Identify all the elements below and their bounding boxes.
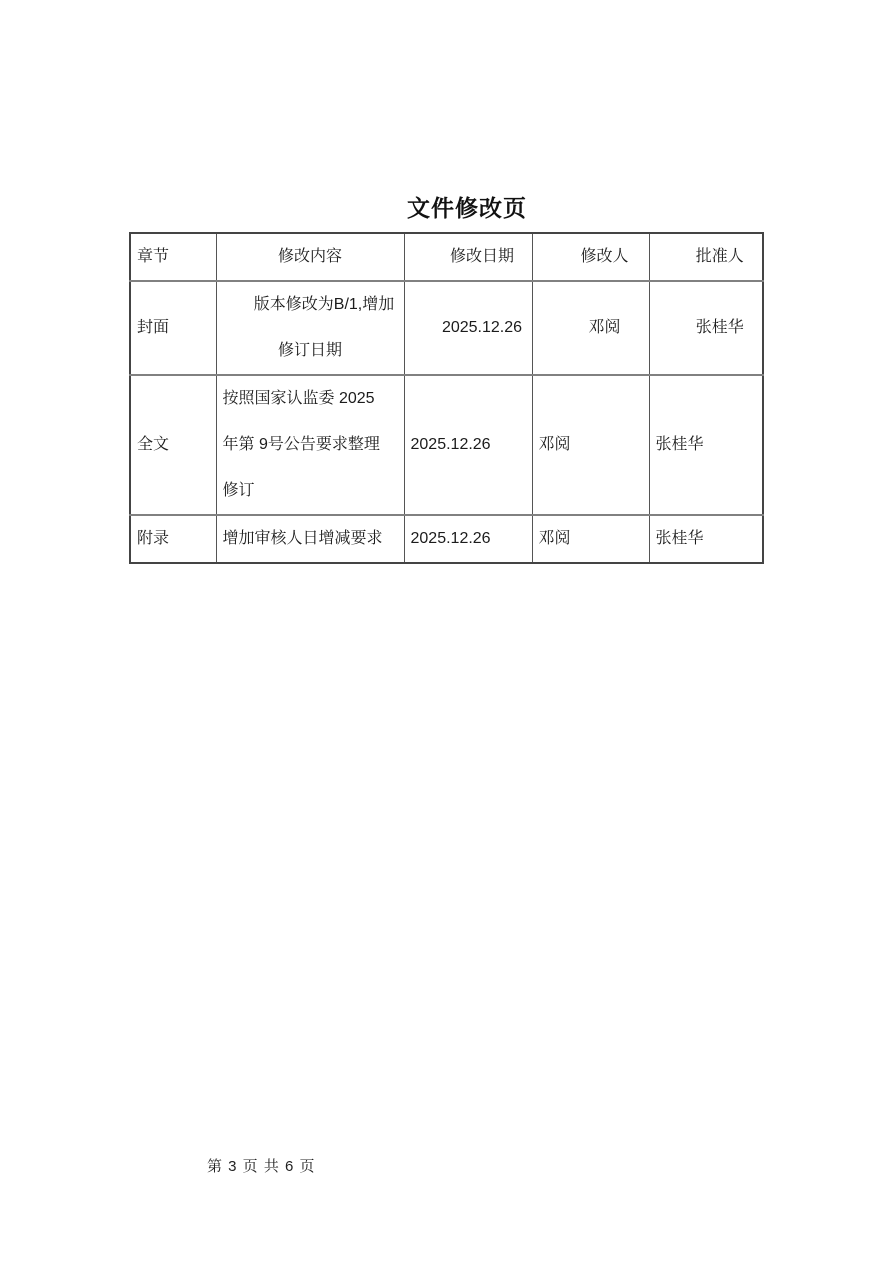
page-number-footer: 第 3 页 共 6 页	[207, 1155, 316, 1176]
cell-approver: 张桂华	[649, 515, 763, 563]
table-row: 全文 按照国家认监委 2025 年第 9号公告要求整理 修订 2025.12.2…	[130, 375, 763, 515]
cell-section: 封面	[130, 281, 216, 375]
cell-date: 2025.12.26	[404, 515, 532, 563]
revision-table-container: 章节 修改内容 修改日期 修改人 批准人 封面 版本修改为B/1,增加 修订日期…	[129, 232, 764, 564]
cell-content: 版本修改为B/1,增加 修订日期	[216, 281, 404, 375]
table-header-row: 章节 修改内容 修改日期 修改人 批准人	[130, 233, 763, 281]
revision-table: 章节 修改内容 修改日期 修改人 批准人 封面 版本修改为B/1,增加 修订日期…	[129, 232, 764, 564]
cell-content: 按照国家认监委 2025 年第 9号公告要求整理 修订	[216, 375, 404, 515]
cell-approver: 张桂华	[649, 281, 763, 375]
cell-reviser: 邓阅	[532, 375, 649, 515]
cell-reviser: 邓阅	[532, 281, 649, 375]
col-header-content: 修改内容	[216, 233, 404, 281]
cell-date: 2025.12.26	[404, 375, 532, 515]
cell-approver: 张桂华	[649, 375, 763, 515]
cell-section: 全文	[130, 375, 216, 515]
table-row: 封面 版本修改为B/1,增加 修订日期 2025.12.26 邓阅 张桂华	[130, 281, 763, 375]
cell-date: 2025.12.26	[404, 281, 532, 375]
col-header-reviser: 修改人	[532, 233, 649, 281]
col-header-approver: 批准人	[649, 233, 763, 281]
cell-content: 增加审核人日增减要求	[216, 515, 404, 563]
table-row: 附录 增加审核人日增减要求 2025.12.26 邓阅 张桂华	[130, 515, 763, 563]
cell-reviser: 邓阅	[532, 515, 649, 563]
col-header-section: 章节	[130, 233, 216, 281]
col-header-date: 修改日期	[404, 233, 532, 281]
document-page: 文件修改页 章节 修改内容 修改日期 修改人 批准人	[0, 0, 892, 1262]
page-title: 文件修改页	[42, 190, 892, 223]
cell-section: 附录	[130, 515, 216, 563]
